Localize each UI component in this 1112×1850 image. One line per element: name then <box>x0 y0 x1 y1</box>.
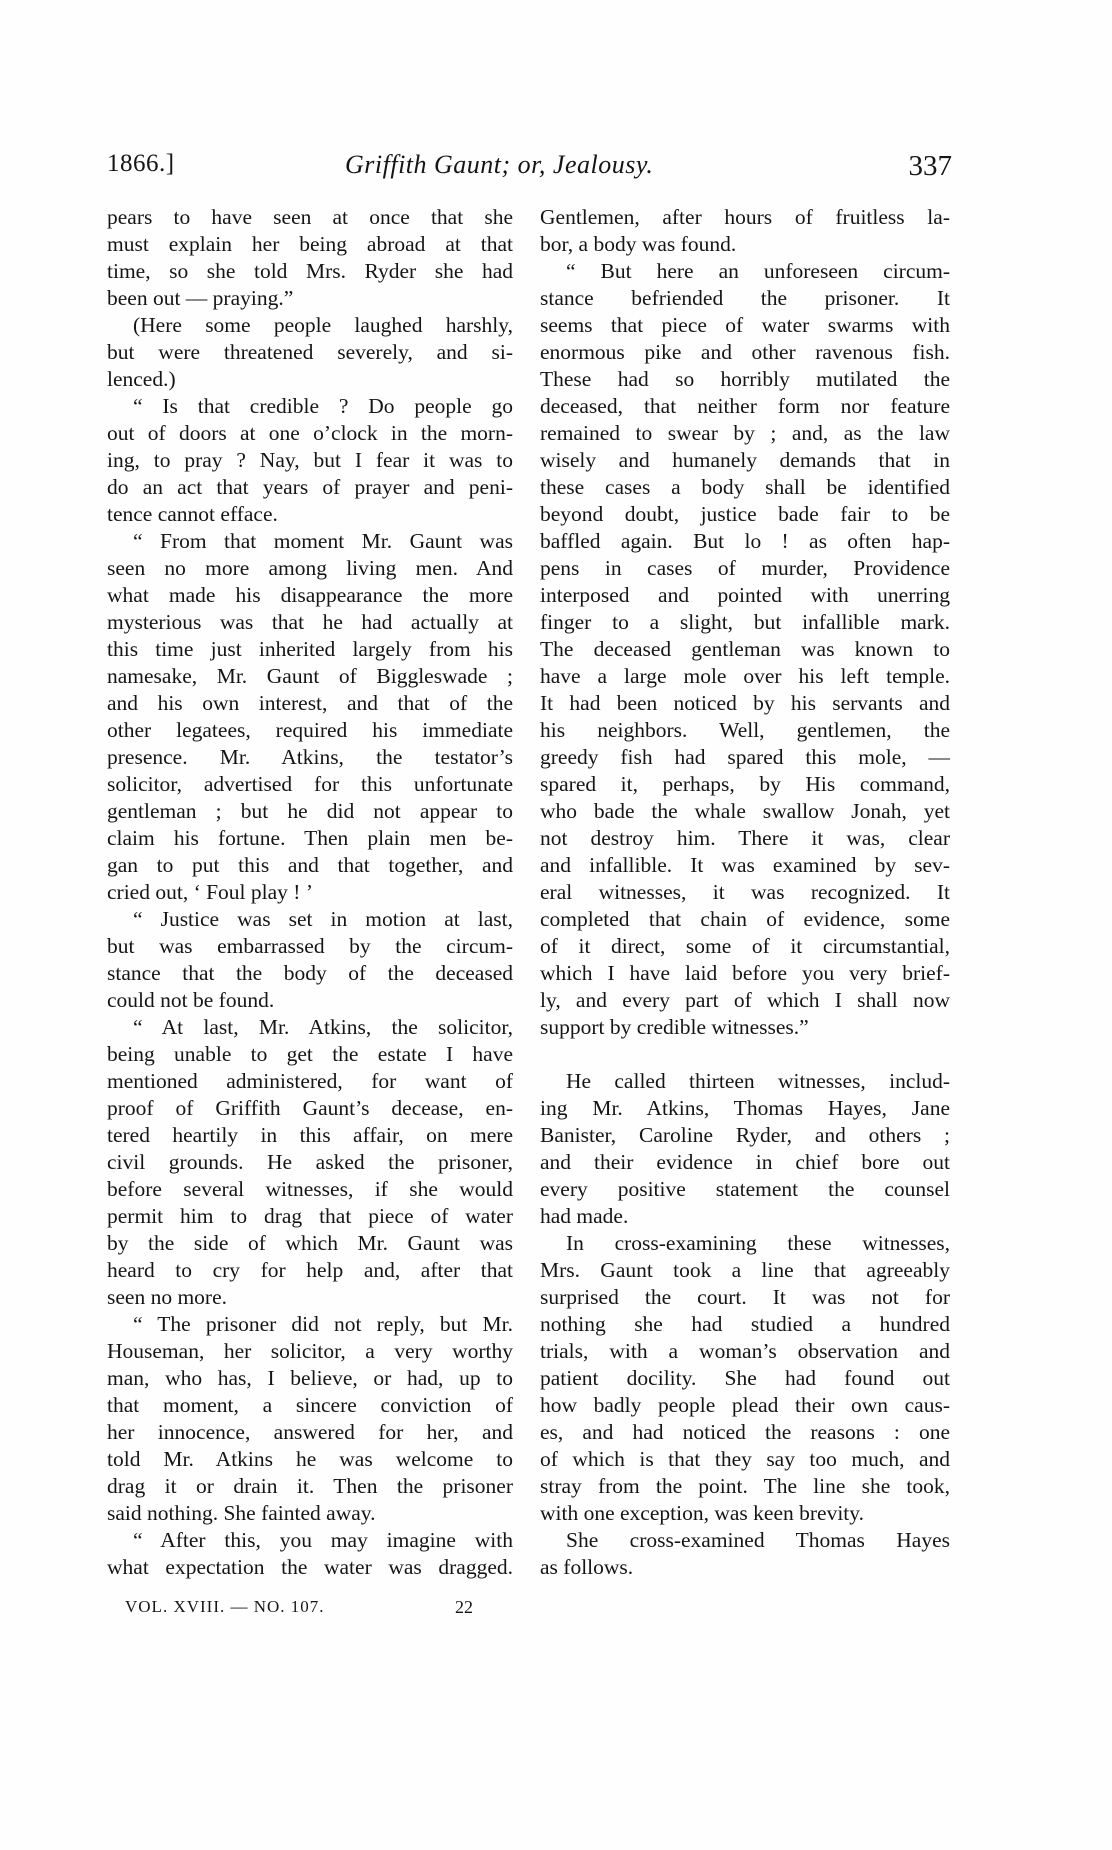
text-line: have a large mole over his left temple. <box>540 663 950 690</box>
text-line: Gentlemen, after hours of fruitless la- <box>540 204 950 231</box>
text-line: but was embarrassed by the circum- <box>107 933 513 960</box>
running-head-year: 1866.] <box>107 150 175 178</box>
text-line: told Mr. Atkins he was welcome to <box>107 1446 513 1473</box>
text-line: being unable to get the estate I have <box>107 1041 513 1068</box>
text-line: not destroy him. There it was, clear <box>540 825 950 852</box>
text-line: Banister, Caroline Ryder, and others ; <box>540 1122 950 1149</box>
text-line: beyond doubt, justice bade fair to be <box>540 501 950 528</box>
text-line: pears to have seen at once that she <box>107 204 513 231</box>
text-line: deceased, that neither form nor feature <box>540 393 950 420</box>
text-line: seems that piece of water swarms with <box>540 312 950 339</box>
text-line: The deceased gentleman was known to <box>540 636 950 663</box>
text-line: “ The prisoner did not reply, but Mr. <box>107 1311 513 1338</box>
text-line: permit him to drag that piece of water <box>107 1203 513 1230</box>
text-line: It had been noticed by his servants and <box>540 690 950 717</box>
text-line: by the side of which Mr. Gaunt was <box>107 1230 513 1257</box>
text-line: wisely and humanely demands that in <box>540 447 950 474</box>
text-line: do an act that years of prayer and peni- <box>107 474 513 501</box>
text-line: but were threatened severely, and si- <box>107 339 513 366</box>
text-line: “ From that moment Mr. Gaunt was <box>107 528 513 555</box>
text-line: nothing she had studied a hundred <box>540 1311 950 1338</box>
text-line: what expectation the water was dragged. <box>107 1554 513 1581</box>
text-line: support by credible witnesses.” <box>540 1014 950 1041</box>
text-line: In cross-examining these witnesses, <box>540 1230 950 1257</box>
book-page: 1866.] Griffith Gaunt; or, Jealousy. 337… <box>0 0 1112 1850</box>
text-line: tence cannot efface. <box>107 501 513 528</box>
text-line: surprised the court. It was not for <box>540 1284 950 1311</box>
text-line: how badly people plead their own caus- <box>540 1392 950 1419</box>
text-line: drag it or drain it. Then the prisoner <box>107 1473 513 1500</box>
text-line: man, who has, I believe, or had, up to <box>107 1365 513 1392</box>
text-line: these cases a body shall be identified <box>540 474 950 501</box>
text-line: lenced.) <box>107 366 513 393</box>
text-line: mysterious was that he had actually at <box>107 609 513 636</box>
text-line: Houseman, her solicitor, a very worthy <box>107 1338 513 1365</box>
text-line: could not be found. <box>107 987 513 1014</box>
text-line: mentioned administered, for want of <box>107 1068 513 1095</box>
text-line: He called thirteen witnesses, includ- <box>540 1068 950 1095</box>
text-line: every positive statement the counsel <box>540 1176 950 1203</box>
text-line: ing, to pray ? Nay, but I fear it was to <box>107 447 513 474</box>
text-line: Mrs. Gaunt took a line that agreeably <box>540 1257 950 1284</box>
text-line: “ But here an unforeseen circum- <box>540 258 950 285</box>
text-line: must explain her being abroad at that <box>107 231 513 258</box>
paragraph-gap <box>540 1041 950 1068</box>
text-line: enormous pike and other ravenous fish. <box>540 339 950 366</box>
text-line: eral witnesses, it was recognized. It <box>540 879 950 906</box>
text-line: bor, a body was found. <box>540 231 950 258</box>
text-line: and infallible. It was examined by sev- <box>540 852 950 879</box>
text-line: interposed and pointed with unerring <box>540 582 950 609</box>
text-line: gentleman ; but he did not appear to <box>107 798 513 825</box>
running-head: 1866.] Griffith Gaunt; or, Jealousy. 337 <box>107 150 952 190</box>
text-line: as follows. <box>540 1554 950 1581</box>
running-head-title: Griffith Gaunt; or, Jealousy. <box>345 150 653 180</box>
text-line: tered heartily in this affair, on mere <box>107 1122 513 1149</box>
text-line: presence. Mr. Atkins, the testator’s <box>107 744 513 771</box>
right-text-column: Gentlemen, after hours of fruitless la-b… <box>540 204 950 1581</box>
text-line: had made. <box>540 1203 950 1230</box>
volume-number: VOL. XVIII. — NO. 107. <box>125 1597 325 1617</box>
text-line: “ At last, Mr. Atkins, the solicitor, <box>107 1014 513 1041</box>
text-line: seen no more. <box>107 1284 513 1311</box>
text-line: These had so horribly mutilated the <box>540 366 950 393</box>
signature-mark: 22 <box>455 1597 473 1618</box>
text-line: his neighbors. Well, gentlemen, the <box>540 717 950 744</box>
text-line: namesake, Mr. Gaunt of Biggleswade ; <box>107 663 513 690</box>
text-line: patient docility. She had found out <box>540 1365 950 1392</box>
text-line: who bade the whale swallow Jonah, yet <box>540 798 950 825</box>
text-line: stray from the point. The line she took, <box>540 1473 950 1500</box>
text-line: gan to put this and that together, and <box>107 852 513 879</box>
text-line: greedy fish had spared this mole, — <box>540 744 950 771</box>
text-line: trials, with a woman’s observation and <box>540 1338 950 1365</box>
text-line: “ After this, you may imagine with <box>107 1527 513 1554</box>
text-line: before several witnesses, if she would <box>107 1176 513 1203</box>
text-line: with one exception, was keen brevity. <box>540 1500 950 1527</box>
text-line: said nothing. She fainted away. <box>107 1500 513 1527</box>
text-line: and their evidence in chief bore out <box>540 1149 950 1176</box>
text-line: out of doors at one o’clock in the morn- <box>107 420 513 447</box>
text-line: seen no more among living men. And <box>107 555 513 582</box>
text-line: She cross-examined Thomas Hayes <box>540 1527 950 1554</box>
text-line: cried out, ‘ Foul play ! ’ <box>107 879 513 906</box>
left-text-column: pears to have seen at once that shemust … <box>107 204 513 1581</box>
text-line: baffled again. But lo ! as often hap- <box>540 528 950 555</box>
text-line: been out — praying.” <box>107 285 513 312</box>
text-line: completed that chain of evidence, some <box>540 906 950 933</box>
text-line: ing Mr. Atkins, Thomas Hayes, Jane <box>540 1095 950 1122</box>
text-line: (Here some people laughed harshly, <box>107 312 513 339</box>
text-line: ly, and every part of which I shall now <box>540 987 950 1014</box>
text-line: stance that the body of the deceased <box>107 960 513 987</box>
text-line: “ Is that credible ? Do people go <box>107 393 513 420</box>
text-line: stance befriended the prisoner. It <box>540 285 950 312</box>
page-number: 337 <box>909 150 953 183</box>
text-line: remained to swear by ; and, as the law <box>540 420 950 447</box>
text-line: other legatees, required his immediate <box>107 717 513 744</box>
text-line: proof of Griffith Gaunt’s decease, en- <box>107 1095 513 1122</box>
text-line: this time just inherited largely from hi… <box>107 636 513 663</box>
page-footer: VOL. XVIII. — NO. 107. 22 <box>125 1597 495 1627</box>
text-line: finger to a slight, but infallible mark. <box>540 609 950 636</box>
text-line: civil grounds. He asked the prisoner, <box>107 1149 513 1176</box>
text-line: what made his disappearance the more <box>107 582 513 609</box>
text-line: of it direct, some of it circumstantial, <box>540 933 950 960</box>
text-line: and his own interest, and that of the <box>107 690 513 717</box>
text-line: solicitor, advertised for this unfortuna… <box>107 771 513 798</box>
text-line: time, so she told Mrs. Ryder she had <box>107 258 513 285</box>
text-line: which I have laid before you very brief- <box>540 960 950 987</box>
text-line: es, and had noticed the reasons : one <box>540 1419 950 1446</box>
text-line: that moment, a sincere conviction of <box>107 1392 513 1419</box>
text-line: of which is that they say too much, and <box>540 1446 950 1473</box>
text-line: “ Justice was set in motion at last, <box>107 906 513 933</box>
text-line: pens in cases of murder, Providence <box>540 555 950 582</box>
text-line: claim his fortune. Then plain men be- <box>107 825 513 852</box>
text-line: spared it, perhaps, by His command, <box>540 771 950 798</box>
text-line: her innocence, answered for her, and <box>107 1419 513 1446</box>
text-line: heard to cry for help and, after that <box>107 1257 513 1284</box>
